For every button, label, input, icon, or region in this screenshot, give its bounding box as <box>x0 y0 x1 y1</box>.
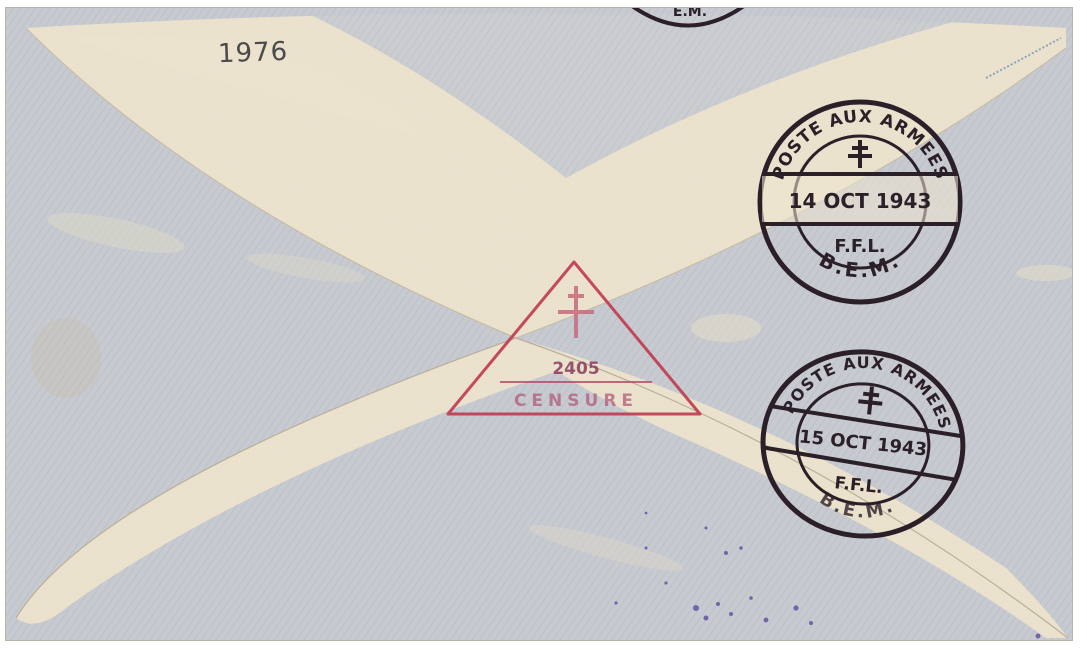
censor-mark: 2405 CENSURE <box>442 256 706 421</box>
postmark-1-middle-text: F.F.L. <box>834 236 885 257</box>
partial-postmark-text: E.M. <box>673 8 707 20</box>
postmark-2: POSTE AUX ARMEES 15 OCT 1943 F.F.L. B.E.… <box>746 335 980 551</box>
postmark-1: POSTE AUX ARMEES 14 OCT 1943 F.F.L. B.E.… <box>750 92 970 312</box>
cross-of-lorraine-icon <box>857 385 884 415</box>
postmark-1-date: 14 OCT 1943 <box>789 189 932 213</box>
censor-number: 2405 <box>552 359 599 379</box>
postmark-2-middle-text: F.F.L. <box>833 473 883 498</box>
partial-postmark: E.M. <box>618 8 758 38</box>
cross-of-lorraine-icon <box>848 140 872 168</box>
handwritten-note: 1976 <box>217 37 288 69</box>
cross-of-lorraine-icon <box>558 286 594 338</box>
censor-label: CENSURE <box>514 391 638 411</box>
envelope-back: 1976 E.M. POSTE AUX ARMEES 14 OCT 1943 F… <box>6 8 1072 640</box>
